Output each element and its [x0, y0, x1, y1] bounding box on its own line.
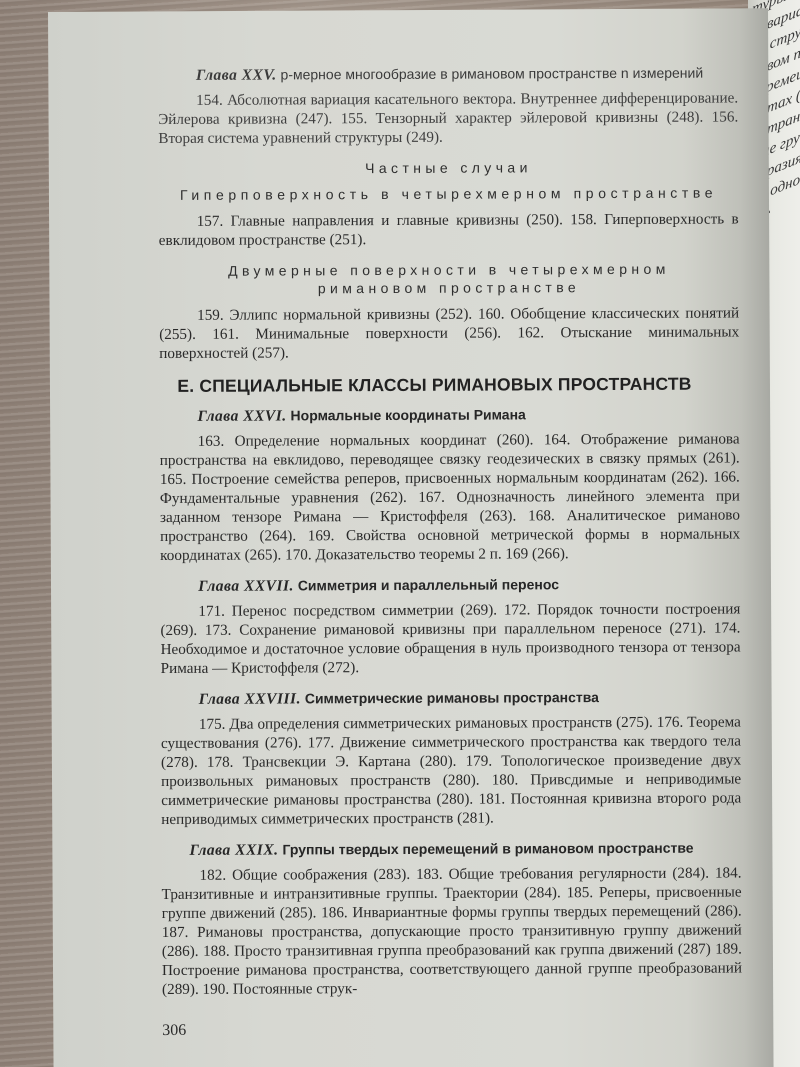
chapter-title: Группы твердых перемещений в римановом п… — [282, 840, 693, 858]
chapter-title: Нормальные координаты Римана — [290, 406, 525, 423]
chapter-number: Глава XXVIII. — [199, 690, 301, 707]
chapter-number: Глава XXV. — [196, 66, 277, 83]
subheading-hypersurface: Гиперповерхность в четырехмерном простра… — [129, 183, 769, 204]
toc-paragraph: 182. Общие соображения (283). 183. Общие… — [161, 863, 742, 999]
chapter-heading-xxviii: Глава XXVIII. Симметрические римановы пр… — [199, 687, 741, 708]
chapter-heading-xxvi: Глава XXVI. Нормальные координаты Римана — [197, 404, 739, 425]
toc-paragraph: 159. Эллипс нормальной кривизны (252). 1… — [159, 303, 739, 363]
chapter-number: Глава XXVII. — [198, 577, 294, 594]
chapter-title: p-мерное многообразие в римановом простр… — [280, 65, 703, 83]
chapter-title: Симметрические римановы пространства — [305, 689, 599, 706]
section-title-e: Е. СПЕЦИАЛЬНЫЕ КЛАССЫ РИМАНОВЫХ ПРОСТРАН… — [177, 372, 739, 396]
page-number: 306 — [162, 1018, 742, 1040]
chapter-heading-xxv: Глава XXV. p-мерное многообразие в риман… — [196, 63, 738, 84]
table-of-contents: Глава XXV. p-мерное многообразие в риман… — [158, 63, 742, 1040]
toc-paragraph: 163. Определение нормальных координат (2… — [160, 429, 741, 565]
toc-paragraph: 171. Перенос посредством симметрии (269)… — [160, 599, 740, 678]
toc-paragraph: 175. Два определения симметрических рима… — [161, 712, 741, 829]
subheading-special-cases: Частные случаи — [158, 157, 738, 178]
toc-paragraph: 154. Абсолютная вариация касательного ве… — [158, 88, 738, 148]
chapter-heading-xxvii: Глава XXVII. Симметрия и параллельный пе… — [198, 574, 740, 595]
toc-paragraph: 157. Главные направления и главные криви… — [159, 209, 739, 250]
chapter-heading-xxix: Глава XXIX. Группы твердых перемещений в… — [189, 838, 741, 859]
chapter-number: Глава XXIX. — [189, 841, 278, 858]
chapter-title: Симметрия и параллельный перенос — [298, 576, 559, 593]
subheading-2d-surfaces: Двумерные поверхности в четырехмерном ри… — [159, 259, 739, 298]
chapter-number: Глава XXVI. — [197, 407, 286, 424]
